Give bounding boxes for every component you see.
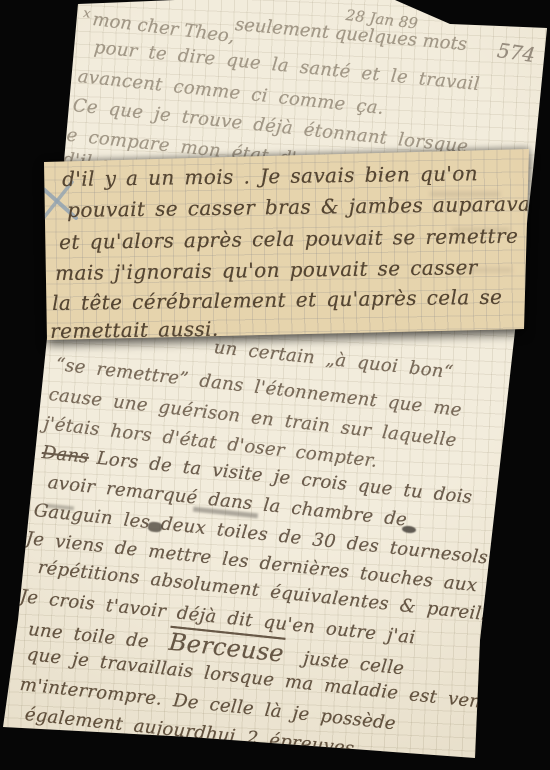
strip-line: pouvait se casser bras & jambes auparava… xyxy=(67,191,550,222)
strip-line: d'il y a un mois . Je savais bien qu'on xyxy=(62,161,478,191)
strip-line: la tête cérébralement et qu'après cela s… xyxy=(52,285,502,315)
strip-line: mais j'ignorais qu'on pouvait se casser xyxy=(55,255,478,285)
struck-word: Dans xyxy=(41,442,90,468)
corner-mark: x xyxy=(82,6,91,22)
letter-sheet: x mon cher Theo, 28 Jan 89 seulement que… xyxy=(0,0,550,770)
photo-backdrop: x mon cher Theo, 28 Jan 89 seulement que… xyxy=(0,0,550,770)
strip-line: et qu'alors après cela pouvait se remett… xyxy=(59,224,518,254)
page-number: 574 xyxy=(496,38,537,67)
